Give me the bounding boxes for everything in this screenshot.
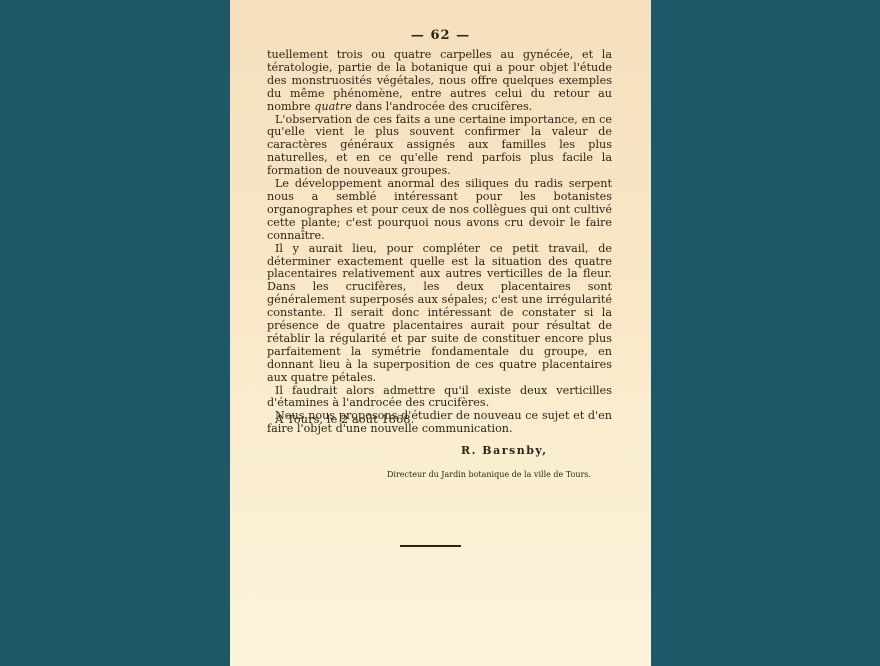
dateline: A Tours, le 2 août 1868. bbox=[275, 412, 414, 426]
end-rule-divider bbox=[400, 545, 461, 547]
body-text: tuellement trois ou quatre carpelles au … bbox=[267, 49, 612, 436]
paragraph-5: Il faudrait alors admettre qu'il existe … bbox=[267, 385, 612, 411]
emphasis: quatre bbox=[314, 100, 352, 113]
document-page: — 62 — tuellement trois ou quatre carpel… bbox=[230, 0, 651, 666]
signature-title: Directeur du Jardin botanique de la vill… bbox=[387, 470, 591, 479]
paragraph-2: L'observation de ces faits a une certain… bbox=[267, 114, 612, 179]
paragraph-4: Il y aurait lieu, pour compléter ce peti… bbox=[267, 243, 612, 385]
signature: R. Barsnby, bbox=[461, 444, 548, 457]
paragraph-1: tuellement trois ou quatre carpelles au … bbox=[267, 49, 612, 114]
page-number: — 62 — bbox=[230, 28, 651, 43]
paragraph-3: Le développement anormal des siliques du… bbox=[267, 178, 612, 243]
